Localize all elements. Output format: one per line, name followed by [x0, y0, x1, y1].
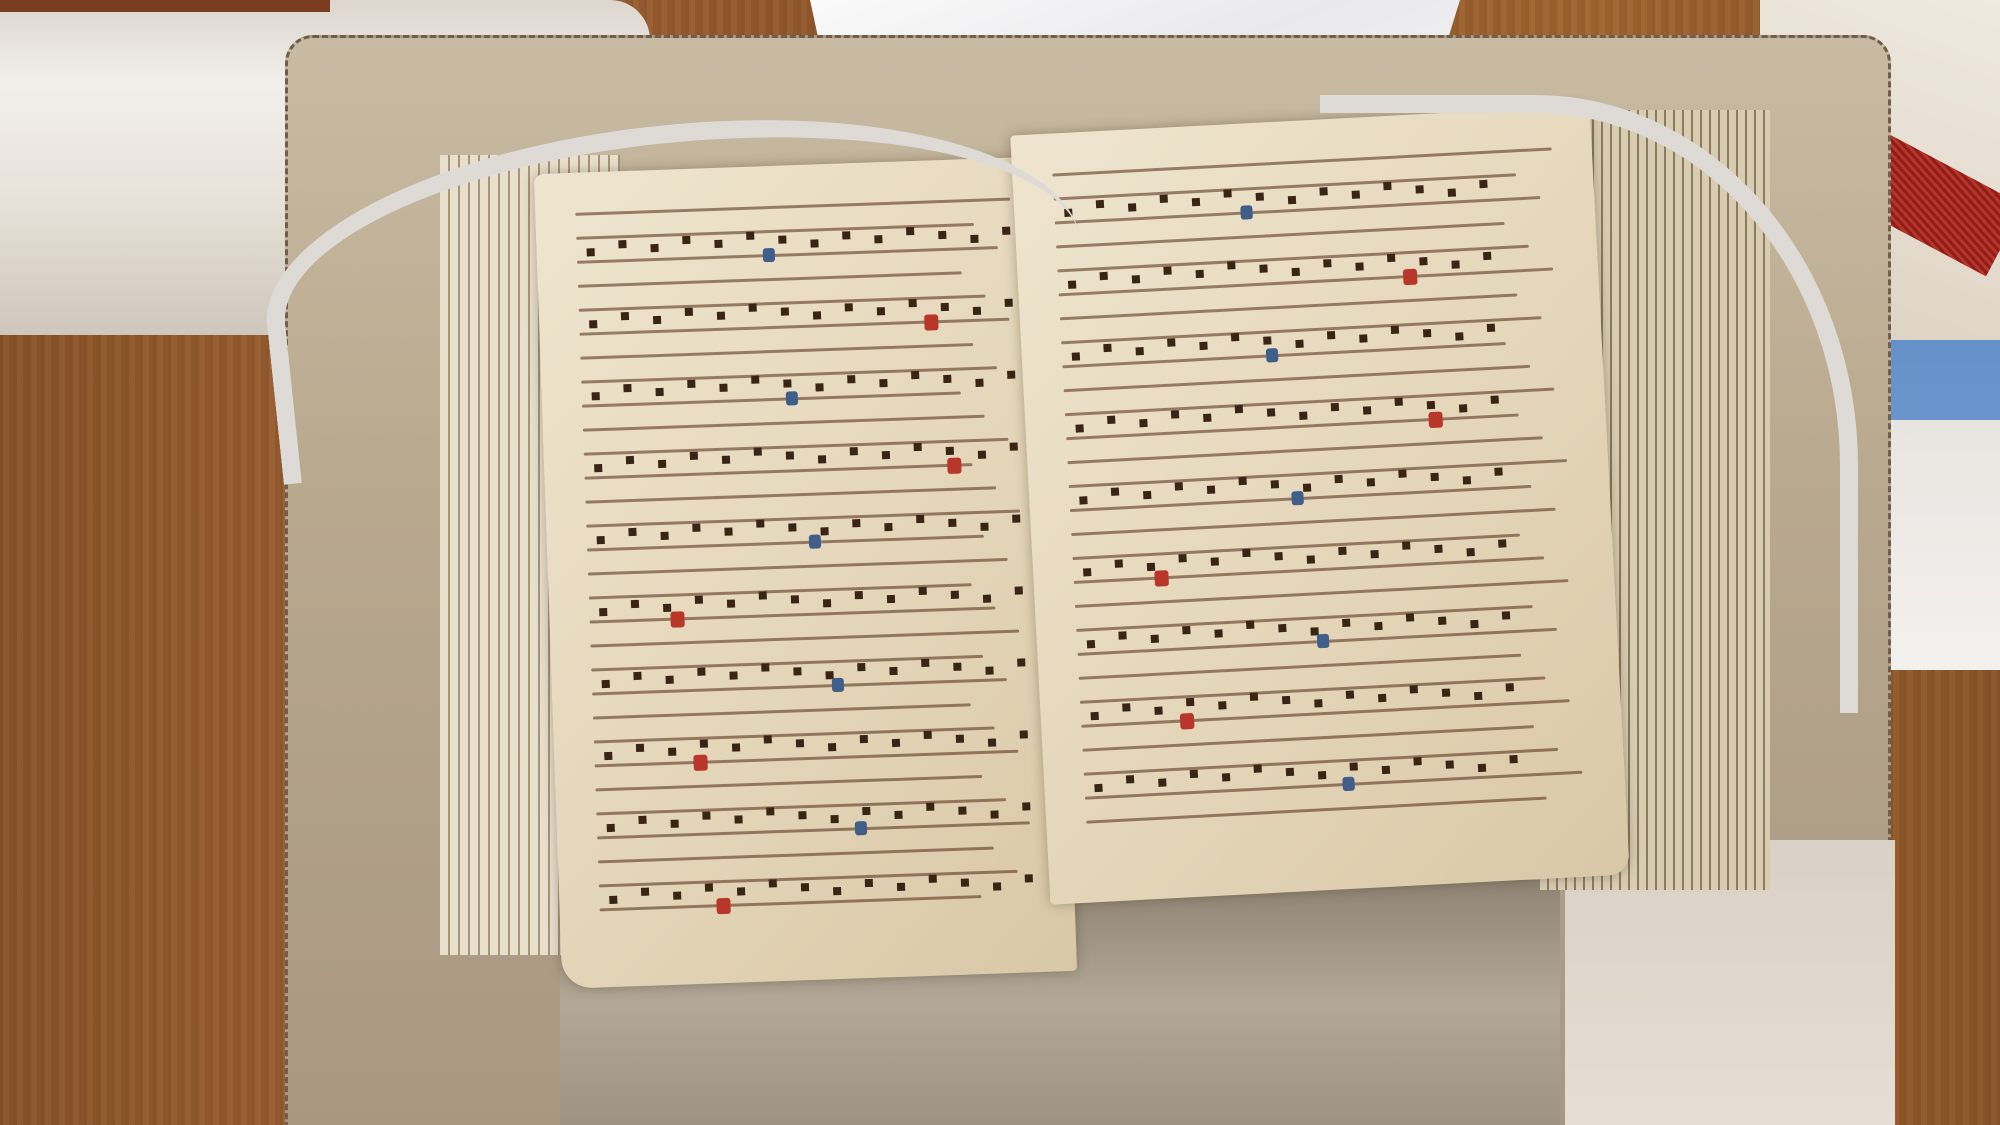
neume [801, 883, 809, 891]
neume [734, 815, 742, 823]
neume [1231, 333, 1239, 341]
neume [855, 591, 863, 599]
neume [1211, 557, 1219, 565]
neume [980, 523, 988, 531]
neume [1278, 624, 1286, 632]
neume [1103, 344, 1111, 352]
neume [983, 595, 991, 603]
script-line [592, 678, 1007, 695]
neume [1282, 696, 1290, 704]
illuminated-initial [855, 821, 867, 835]
book-edge-top-left [0, 0, 330, 12]
neume [607, 824, 615, 832]
neume [729, 671, 737, 679]
neume [1413, 757, 1421, 765]
neume [988, 738, 996, 746]
neume [658, 460, 666, 468]
neume [1022, 802, 1030, 810]
illuminated-initial [1240, 205, 1253, 220]
neume [1015, 586, 1023, 594]
neume [860, 735, 868, 743]
neume [993, 882, 1001, 890]
neume [690, 452, 698, 460]
neume [1020, 730, 1028, 738]
illuminated-initial [1180, 713, 1195, 730]
neume [1190, 770, 1198, 778]
neume [830, 815, 838, 823]
neume [1115, 559, 1123, 567]
neume [985, 666, 993, 674]
neume [882, 451, 890, 459]
script-line [590, 630, 1019, 648]
script-line [597, 821, 1030, 839]
neume [929, 875, 937, 883]
script-line [595, 775, 982, 792]
illuminated-initial [716, 898, 731, 914]
neume [638, 816, 646, 824]
neume [759, 591, 767, 599]
neume [1017, 658, 1025, 666]
neume [633, 672, 641, 680]
neume [722, 456, 730, 464]
neume [953, 663, 961, 671]
neume [1107, 416, 1115, 424]
illuminated-initial [947, 458, 962, 474]
neume [604, 752, 612, 760]
neume [1199, 342, 1207, 350]
neume [887, 595, 895, 603]
neume [833, 887, 841, 895]
neume [1147, 563, 1155, 571]
neume [1254, 764, 1262, 772]
neume [1087, 640, 1095, 648]
neume [1242, 549, 1250, 557]
neume [796, 739, 804, 747]
neume [916, 515, 924, 523]
neume [823, 599, 831, 607]
neume [1158, 778, 1166, 786]
neume [1163, 266, 1171, 274]
neume [599, 608, 607, 616]
neume [705, 883, 713, 891]
neume [828, 743, 836, 751]
neume [754, 447, 762, 455]
neume [921, 659, 929, 667]
neume [1318, 771, 1326, 779]
neume [1203, 414, 1211, 422]
neume [1139, 419, 1147, 427]
neume [926, 803, 934, 811]
script-line [595, 750, 1019, 768]
neume [1227, 261, 1235, 269]
illuminated-initial [1266, 348, 1279, 363]
script-line [590, 606, 996, 623]
neume [1274, 552, 1282, 560]
neume [668, 748, 676, 756]
neume [1143, 491, 1151, 499]
neume [793, 667, 801, 675]
neume [1222, 773, 1230, 781]
neume [956, 735, 964, 743]
neume [1010, 443, 1018, 451]
neume [1307, 555, 1315, 563]
neume [1128, 203, 1136, 211]
neume [1118, 631, 1126, 639]
neume [990, 810, 998, 818]
neume [1299, 412, 1307, 420]
neume [1100, 272, 1108, 280]
neume [865, 879, 873, 887]
neume [889, 667, 897, 675]
neume [1235, 405, 1243, 413]
neume [1079, 496, 1087, 504]
neume [862, 807, 870, 815]
neume [1096, 200, 1104, 208]
script-line [589, 583, 972, 599]
script-line [585, 463, 973, 480]
neume [1267, 408, 1275, 416]
neume [1122, 703, 1130, 711]
neume [951, 591, 959, 599]
neume [791, 595, 799, 603]
neume [894, 811, 902, 819]
script-line [593, 703, 971, 719]
neume [1256, 193, 1264, 201]
illuminated-initial [1291, 491, 1304, 506]
neume [628, 528, 636, 536]
neume [884, 523, 892, 531]
neume [1126, 775, 1134, 783]
neume [892, 739, 900, 747]
neume [1083, 568, 1091, 576]
neume [946, 447, 954, 455]
neume [1214, 629, 1222, 637]
neume [1295, 340, 1303, 348]
neume [786, 451, 794, 459]
illuminated-initial [693, 755, 708, 771]
neume [1250, 693, 1258, 701]
neume [1151, 635, 1159, 643]
neume [798, 811, 806, 819]
neume [697, 668, 705, 676]
neume [594, 464, 602, 472]
neume [948, 519, 956, 527]
neume [724, 528, 732, 536]
neume [766, 807, 774, 815]
neume [764, 735, 772, 743]
neume [602, 680, 610, 688]
neume [919, 587, 927, 595]
script-line [600, 895, 982, 911]
neume [641, 888, 649, 896]
neume [626, 456, 634, 464]
neume [1132, 275, 1140, 283]
script-line [588, 558, 1008, 576]
neume [1094, 784, 1102, 792]
illuminated-initial [1154, 570, 1169, 587]
neume [1286, 768, 1294, 776]
neume [897, 883, 905, 891]
neume [1075, 424, 1083, 432]
neume [1509, 755, 1517, 763]
neume [597, 536, 605, 544]
neume [761, 663, 769, 671]
neume [788, 523, 796, 531]
neume [1207, 485, 1215, 493]
neume [1136, 347, 1144, 355]
script-line [587, 535, 984, 552]
neume [1154, 707, 1162, 715]
neume [1192, 198, 1200, 206]
neume [692, 524, 700, 532]
neume [1167, 338, 1175, 346]
neume [820, 527, 828, 535]
neume [1186, 698, 1194, 706]
neume [609, 896, 617, 904]
neume [1171, 410, 1179, 418]
neume [1223, 189, 1231, 197]
neume [769, 879, 777, 887]
neume [1182, 626, 1190, 634]
neume [700, 740, 708, 748]
neume [1178, 554, 1186, 562]
neume [924, 731, 932, 739]
neume [1160, 195, 1168, 203]
neume [1478, 764, 1486, 772]
neume [1175, 482, 1183, 490]
neume [1288, 196, 1296, 204]
neume [1218, 701, 1226, 709]
neume [1350, 762, 1358, 770]
neume [857, 663, 865, 671]
neume [666, 676, 674, 684]
neume [695, 596, 703, 604]
neume [727, 599, 735, 607]
neume [1196, 270, 1204, 278]
neume [732, 743, 740, 751]
neume [850, 447, 858, 455]
neume [1111, 488, 1119, 496]
neume [978, 451, 986, 459]
neume [1012, 514, 1020, 522]
neume [1246, 621, 1254, 629]
script-line [1086, 797, 1547, 824]
script-line [598, 847, 994, 864]
neume [1271, 480, 1279, 488]
neume [1259, 264, 1267, 272]
neume [1446, 760, 1454, 768]
neume [1091, 712, 1099, 720]
illuminated-initial [670, 611, 685, 627]
neume [671, 820, 679, 828]
illuminated-initial [809, 534, 821, 548]
neume [737, 887, 745, 895]
neume [660, 532, 668, 540]
neume [1382, 766, 1390, 774]
neume [1025, 874, 1033, 882]
neume [663, 604, 671, 612]
neume [756, 519, 764, 527]
script-line [1082, 725, 1534, 752]
neume [636, 744, 644, 752]
illuminated-initial [832, 678, 844, 692]
neume [1263, 336, 1271, 344]
neume [631, 600, 639, 608]
neume [818, 455, 826, 463]
script-line [585, 486, 996, 503]
neume [702, 811, 710, 819]
illuminated-initial [1342, 777, 1355, 792]
neume [1292, 268, 1300, 276]
neume [673, 892, 681, 900]
neume [1238, 477, 1246, 485]
neume [961, 878, 969, 886]
neume [852, 519, 860, 527]
script-line [594, 726, 995, 743]
neume [958, 807, 966, 815]
neume [914, 443, 922, 451]
neume [1303, 483, 1311, 491]
